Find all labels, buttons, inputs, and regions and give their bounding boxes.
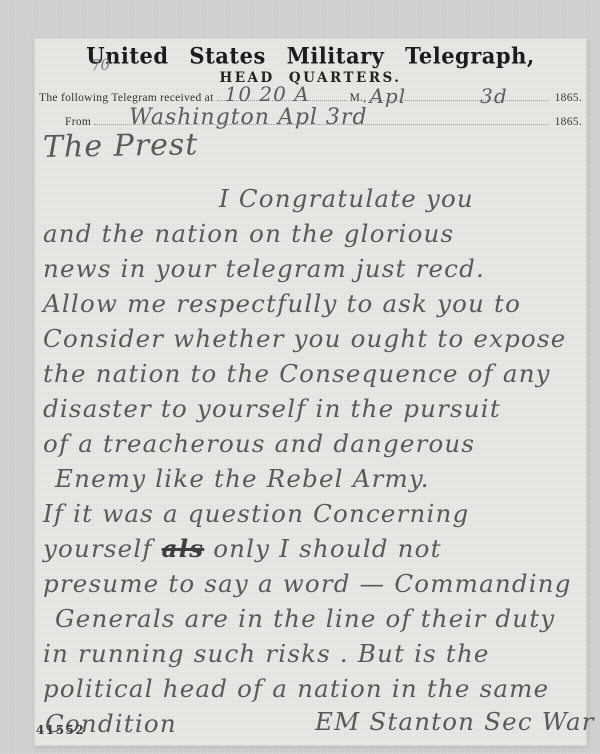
serial-number: 41552 (36, 723, 85, 737)
letter-body: The Prest I Congratulate you and the nat… (43, 127, 580, 741)
handwritten-line: presume to say a word — Commanding (43, 566, 580, 601)
struck-line-before: yourself (43, 534, 162, 563)
masthead-title: United States Military Telegraph, (35, 42, 586, 69)
received-date-handwriting: Apl 3d (369, 84, 507, 108)
received-line: The following Telegram received at 10 20… (39, 88, 582, 104)
closing-line: Condition EM Stanton Sec War (43, 706, 580, 741)
received-year-label: 1865. (555, 92, 582, 104)
received-date-rule: Apl 3d (369, 88, 547, 101)
handwritten-line: disaster to yourself in the pursuit (43, 391, 580, 426)
handwritten-line: political head of a nation in the same (43, 671, 580, 706)
signature: EM Stanton Sec War (315, 704, 595, 739)
telegram-paper: United States Military Telegraph, HEAD Q… (34, 38, 587, 746)
received-day-handwriting: 3d (480, 84, 508, 108)
handwritten-line: news in your telegram just recd. (43, 251, 580, 286)
handwritten-number-annotation: 70 (90, 55, 110, 74)
handwritten-line: of a treacherous and dangerous (43, 426, 580, 461)
handwritten-line: in running such risks . But is the (43, 636, 580, 671)
received-time-handwriting: 10 20 A (225, 82, 310, 106)
struck-word: als (162, 534, 205, 563)
meridiem-label: M., (350, 92, 367, 104)
struck-line-after: only I should not (204, 534, 441, 563)
handwritten-line: and the nation on the glorious (43, 216, 580, 251)
salutation: The Prest (43, 118, 581, 169)
handwritten-line: I Congratulate you (43, 181, 580, 216)
handwritten-line-with-strikeout: yourself als only I should not (43, 531, 580, 566)
handwritten-line: Allow me respectfully to ask you to (43, 286, 580, 321)
handwritten-line: Generals are in the line of their duty (43, 601, 580, 636)
received-month-handwriting: Apl (369, 84, 406, 108)
handwritten-line: If it was a question Concerning (43, 496, 580, 531)
handwritten-line: the nation to the Consequence of any (43, 356, 580, 391)
handwritten-line: Consider whether you ought to expose (43, 321, 580, 356)
scan-background: United States Military Telegraph, HEAD Q… (0, 0, 600, 754)
handwritten-line: Enemy like the Rebel Army. (43, 461, 580, 496)
received-prefix-label: The following Telegram received at (39, 92, 214, 104)
received-time-rule: 10 20 A (217, 88, 347, 101)
